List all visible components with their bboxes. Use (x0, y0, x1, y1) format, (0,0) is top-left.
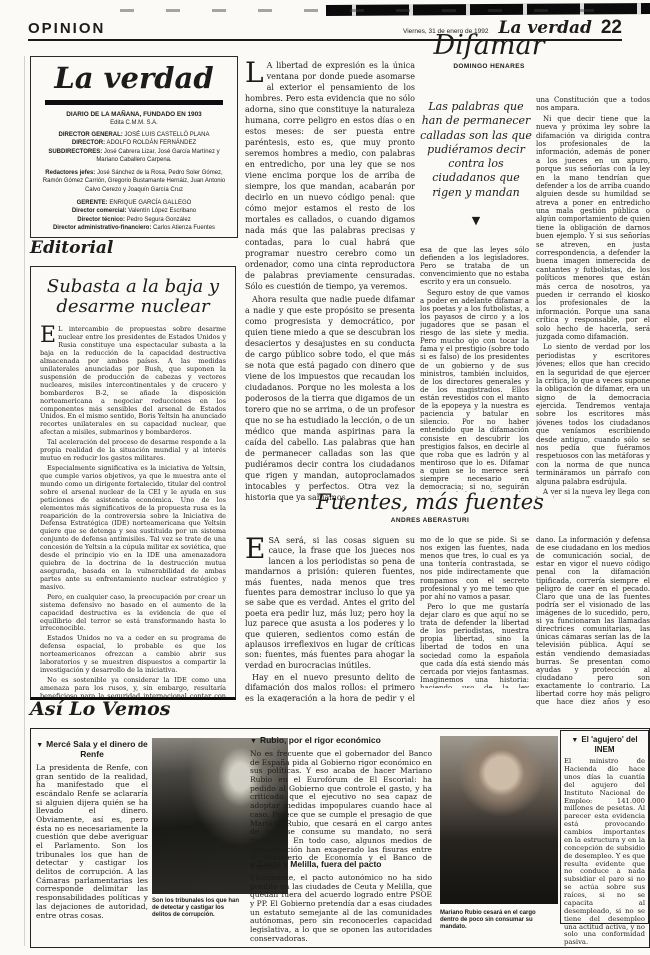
masthead-logo: La verdad (31, 63, 237, 95)
square-bullet-icon: ■ (250, 862, 254, 869)
article-paragraph: LA libertad de expresión es la única ven… (245, 60, 415, 292)
fuentes-headline: Fuentes, más fuentes (300, 492, 560, 513)
editorial-paragraph: No es sostenible ya considerar la IDE co… (40, 677, 226, 700)
difamar-header: Difamar DOMINGO HENARES (416, 32, 562, 70)
brief-text: Finalmente, el pacto autonómico no ha si… (250, 874, 432, 944)
staff-value: Valentín López Escribano (127, 208, 197, 214)
difamar-byline: DOMINGO HENARES (416, 63, 562, 70)
newspaper-page: OPINION Viernes, 31 de enero de 1992 La … (0, 0, 650, 955)
editorial-paragraph: Estados Unidos no va a ceder en su progr… (40, 635, 226, 675)
brief-title-text: El 'agujero' del INEM (581, 735, 637, 754)
masthead-divider-bar (45, 100, 223, 105)
editorial-section-label: Editorial (30, 238, 113, 258)
staff-label: Director técnico: (77, 217, 125, 223)
editorial-paragraph: Pero, en cualquier caso, la preocupación… (40, 594, 226, 634)
brief-title: ■Ceuta y Melilla, fuera del pacto (250, 860, 432, 870)
down-triangle-icon: ▼ (250, 738, 257, 745)
asi-lo-vemos-label: Así Lo Vemos (30, 698, 170, 720)
photo-caption: Son los tribunales los que han de detect… (152, 898, 244, 920)
editorial-paragraph: Tal aceleración del proceso de desarme r… (40, 439, 226, 463)
staff-line: DIRECTOR: ADOLFO ROLDÁN FERNÁNDEZ (31, 139, 237, 148)
staff-label: Redactores jefes: (45, 170, 95, 176)
fuentes-column-1: ESA será, si las cosas siguen su cauce, … (245, 536, 415, 702)
article-paragraph: una Constitución que a todos nos ampara. (536, 96, 650, 113)
article-paragraph: Hay en el nuevo presunto delito de difam… (245, 673, 415, 702)
staff-line: DIRECTOR GENERAL: JOSÉ LUIS CASTELLÓ PLA… (31, 131, 237, 140)
brief-text: No es frecuente que el gobernador del Ba… (250, 750, 432, 872)
article-paragraph: Ni que decir tiene que la nueva y próxim… (536, 115, 650, 342)
down-triangle-icon: ▼ (420, 214, 532, 227)
down-triangle-icon: ▼ (36, 742, 43, 749)
article-paragraph: esa de que las leyes sólo defienden a lo… (420, 246, 529, 287)
staff-value: José Cabrera Lizar, José García Martínez… (96, 149, 219, 164)
staff-value: Pedro Segura González (125, 217, 191, 223)
down-triangle-icon: ▼ (571, 737, 578, 744)
staff-line: Director técnico: Pedro Segura González (31, 216, 237, 225)
fuentes-byline: ANDRES ABERASTURI (300, 517, 560, 524)
article-paragraph: ESA será, si las cosas siguen su cauce, … (245, 536, 415, 671)
staff-line: Director administrativo-financiero: Carl… (31, 224, 237, 233)
brief-text: El ministro de Hacienda dio hace unos dí… (564, 758, 645, 947)
staff-label: GERENTE: (77, 200, 108, 206)
news-brief-rubio: ▼Rubio, por el rigor económico No es fre… (250, 736, 432, 872)
staff-value: Carlos Atienza Fuentes (151, 225, 215, 231)
staff-line: GERENTE: ENRIQUE GARCÍA GALLEGO (31, 199, 237, 208)
brief-title: ▼El 'agujero' del INEM (564, 735, 645, 754)
difamar-column-1: LA libertad de expresión es la única ven… (245, 60, 415, 504)
news-brief-merce-sala: ▼Mercé Sala y el dinero de Renfe La pres… (36, 740, 148, 920)
news-brief-ceuta-melilla: ■Ceuta y Melilla, fuera del pacto Finalm… (250, 860, 432, 944)
article-paragraph: mo de lo que se pide. Si se nos exigen l… (420, 536, 529, 601)
staff-line: SUBDIRECTORES: José Cabrera Lizar, José … (31, 148, 237, 165)
brief-title: ▼Rubio, por el rigor económico (250, 736, 432, 746)
staff-line: Redactores jefes: José Sánchez de la Ros… (31, 169, 237, 195)
article-paragraph: Pero lo que me gustaría dejar claro es q… (420, 603, 529, 688)
brief-title-text: Ceuta y Melilla, fuera del pacto (257, 859, 381, 869)
staff-label: DIRECTOR: (72, 140, 105, 146)
staff-value: ADOLFO ROLDÁN FERNÁNDEZ (105, 140, 196, 146)
editorial-paragraph: EL intercambio de propuestas sobre desar… (40, 326, 226, 437)
masthead-edita: Edita C.M.M. S.A. (31, 120, 237, 126)
brief-title-text: Mercé Sala y el dinero de Renfe (46, 739, 148, 759)
page-number: 22 (601, 17, 622, 39)
scan-fold-line (24, 56, 25, 946)
staff-value: ENRIQUE GARCÍA GALLEGO (108, 200, 192, 206)
staff-label: Director administrativo-financiero: (53, 225, 151, 231)
pull-quote: Las palabras que han de permanecer calla… (420, 100, 532, 200)
brief-title-text: Rubio, por el rigor económico (260, 735, 381, 745)
staff-label: DIRECTOR GENERAL: (59, 132, 123, 138)
fuentes-column-3: dano. La información y defensa de ese ci… (536, 536, 650, 706)
article-paragraph: Seguro estoy de que vamos a poder en ade… (420, 289, 529, 492)
photo-caption: Mariano Rubio cesará en el cargo dentro … (440, 910, 552, 932)
staff-line: Director comercial: Valentín López Escri… (31, 207, 237, 216)
staff-label: Director comercial: (72, 208, 127, 214)
staff-label: SUBDIRECTORES: (48, 149, 102, 155)
section-label: OPINION (28, 20, 105, 37)
scan-smudge (120, 9, 620, 12)
article-paragraph: Lo siento de verdad por los periodistas … (536, 343, 650, 486)
editorial-paragraph: Especialmente significativa es la inicia… (40, 465, 226, 592)
news-brief-inem: ▼El 'agujero' del INEM El ministro de Ha… (560, 730, 649, 924)
editorial-box: Subasta a la baja y desarme nuclear EL i… (30, 266, 236, 700)
difamar-column-2: esa de que las leyes sólo defienden a lo… (420, 246, 529, 492)
staff-value: JOSÉ LUIS CASTELLÓ PLANA (123, 132, 210, 138)
difamar-headline: Difamar (416, 32, 562, 59)
masthead-subtitle: DIARIO DE LA MAÑANA, FUNDADO EN 1903 (31, 111, 237, 118)
fuentes-column-2: mo de lo que se pide. Si se nos exigen l… (420, 536, 529, 688)
editorial-body: EL intercambio de propuestas sobre desar… (40, 326, 226, 700)
difamar-column-3: una Constitución que a todos nos ampara.… (536, 96, 650, 498)
article-paragraph: Ahora resulta que nadie puede difamar a … (245, 294, 415, 504)
editorial-headline: Subasta a la baja y desarme nuclear (40, 277, 226, 317)
photo-mariano-rubio (440, 736, 558, 904)
brief-title: ▼Mercé Sala y el dinero de Renfe (36, 740, 148, 760)
article-paragraph: dano. La información y defensa de ese ci… (536, 536, 650, 706)
masthead-box: La verdad DIARIO DE LA MAÑANA, FUNDADO E… (30, 56, 238, 238)
fuentes-header: Fuentes, más fuentes ANDRES ABERASTURI (300, 492, 560, 524)
brief-text: La presidenta de Renfe, con gran sentido… (36, 764, 148, 920)
